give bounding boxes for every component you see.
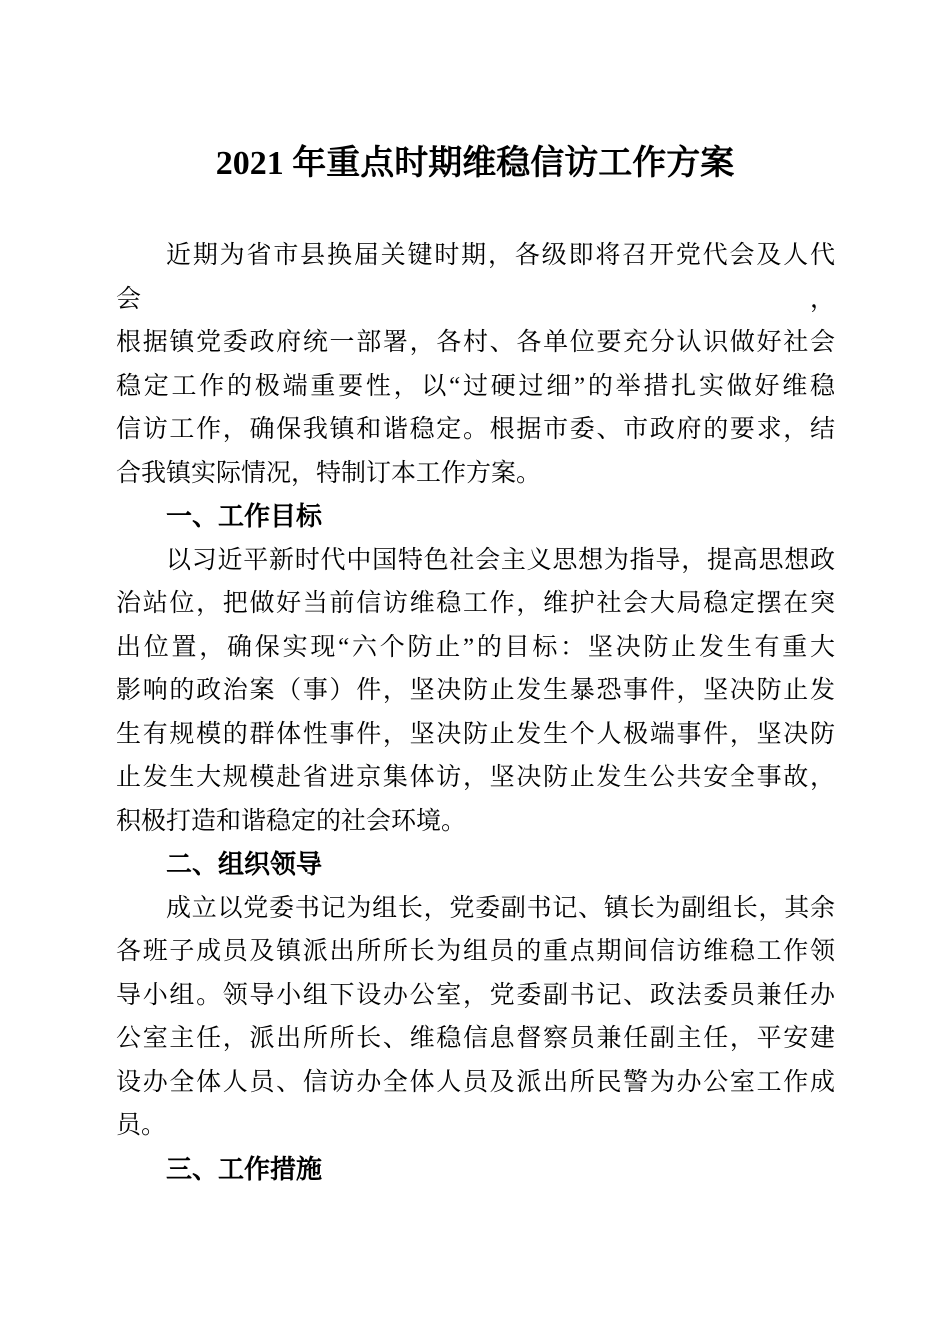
document-body: 近期为省市县换届关键时期，各级即将召开党代会及人代会， 根据镇党委政府统一部署，… <box>116 234 835 1191</box>
section-heading-work-measures: 三、工作措施 <box>116 1148 835 1192</box>
paragraph-line: 稳定工作的极端重要性，以“过硬过细”的举措扎实做好维稳 <box>116 365 835 409</box>
document-page: 2021 年重点时期维稳信访工作方案 近期为省市县换届关键时期，各级即将召开党代… <box>0 0 950 1344</box>
section-heading-organization-leadership: 二、组织领导 <box>116 843 835 887</box>
document-title: 2021 年重点时期维稳信访工作方案 <box>0 141 950 187</box>
paragraph-line: 影响的政治案（事）件，坚决防止发生暴恐事件，坚决防止发 <box>116 669 835 713</box>
paragraph-line: 信访工作，确保我镇和谐稳定。根据市委、市政府的要求，结 <box>116 408 835 452</box>
paragraph-line: 合我镇实际情况，特制订本工作方案。 <box>116 452 835 496</box>
paragraph-line: 出位置，确保实现“六个防止”的目标：坚决防止发生有重大 <box>116 626 835 670</box>
paragraph-line: 积极打造和谐稳定的社会环境。 <box>116 800 835 844</box>
paragraph-line: 以习近平新时代中国特色社会主义思想为指导，提高思想政 <box>116 539 835 583</box>
paragraph-line: 止发生大规模赴省进京集体访，坚决防止发生公共安全事故， <box>116 756 835 800</box>
paragraph-line: 生有规模的群体性事件，坚决防止发生个人极端事件，坚决防 <box>116 713 835 757</box>
paragraph-line: 治站位，把做好当前信访维稳工作，维护社会大局稳定摆在突 <box>116 582 835 626</box>
paragraph-line: 导小组。领导小组下设办公室，党委副书记、政法委员兼任办 <box>116 974 835 1018</box>
paragraph-line: 员。 <box>116 1104 835 1148</box>
paragraph-line: 近期为省市县换届关键时期，各级即将召开党代会及人代会， <box>116 234 835 321</box>
paragraph-line: 根据镇党委政府统一部署，各村、各单位要充分认识做好社会 <box>116 321 835 365</box>
paragraph-line: 各班子成员及镇派出所所长为组员的重点期间信访维稳工作领 <box>116 930 835 974</box>
paragraph-line: 设办全体人员、信访办全体人员及派出所民警为办公室工作成 <box>116 1061 835 1105</box>
paragraph-line: 成立以党委书记为组长，党委副书记、镇长为副组长，其余 <box>116 887 835 931</box>
paragraph-line: 公室主任，派出所所长、维稳信息督察员兼任副主任，平安建 <box>116 1017 835 1061</box>
section-heading-work-goals: 一、工作目标 <box>116 495 835 539</box>
